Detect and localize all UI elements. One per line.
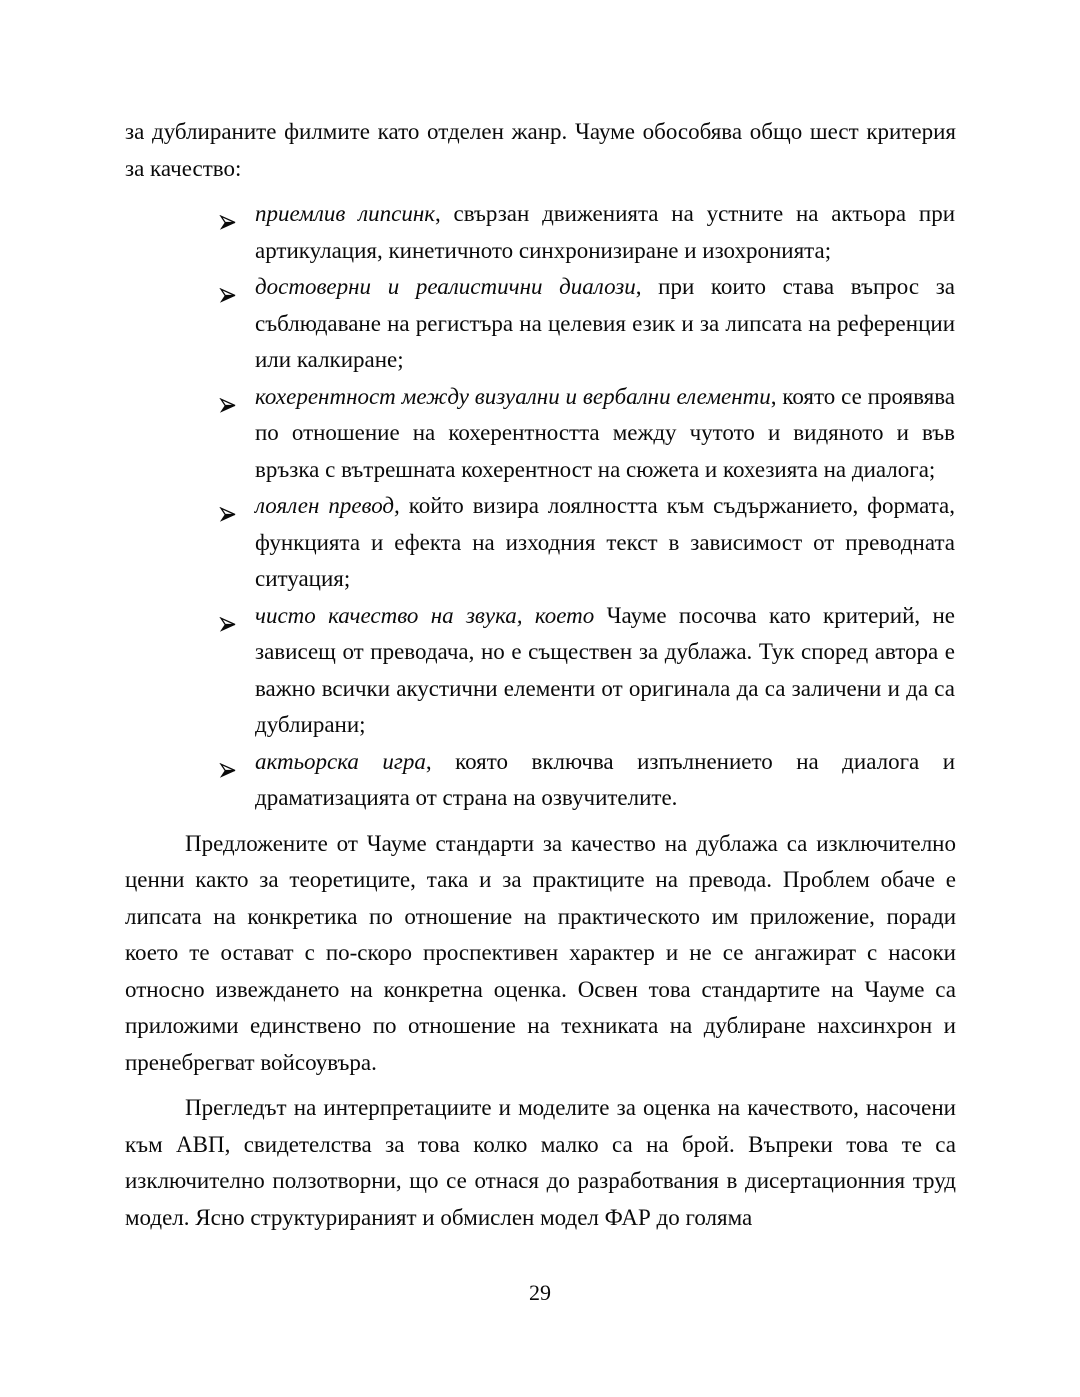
page-number: 29: [0, 1280, 1080, 1306]
criterion-term: достоверни и реалистични диалози: [255, 274, 636, 299]
list-item: приемлив липсинк, свързан движенията на …: [255, 196, 955, 269]
arrow-bullet-icon: [219, 278, 237, 293]
list-item: чисто качество на звука, което Чауме пос…: [255, 598, 955, 744]
criterion-term: актьорска игра: [255, 749, 426, 774]
arrow-bullet-icon: [219, 753, 237, 768]
quality-criteria-list: приемлив липсинк, свързан движенията на …: [125, 196, 956, 817]
arrow-bullet-icon: [219, 388, 237, 403]
arrow-bullet-icon: [219, 205, 237, 220]
paragraph-review: Прегледът на интерпретациите и моделите …: [125, 1090, 956, 1236]
criterion-term: лоялен превод,: [255, 493, 400, 518]
list-item: кохерентност между визуални и вербални е…: [255, 379, 955, 489]
list-item: актьорска игра, която включва изпълнение…: [255, 744, 955, 817]
criterion-term: приемлив липсинк: [255, 201, 435, 226]
arrow-bullet-icon: [219, 607, 237, 622]
paragraph-standards: Предложените от Чауме стандарти за качес…: [125, 826, 956, 1082]
paragraph-intro: за дублираните филмите като отделен жанр…: [125, 114, 956, 187]
criterion-term: чисто качество на звука, което: [255, 603, 594, 628]
arrow-bullet-icon: [219, 497, 237, 512]
list-item: достоверни и реалистични диалози, при ко…: [255, 269, 955, 379]
list-item: лоялен превод, който визира лоялността к…: [255, 488, 955, 598]
criterion-term: кохерентност между визуални и вербални е…: [255, 384, 771, 409]
document-page: за дублираните филмите като отделен жанр…: [0, 0, 1080, 1397]
page-body-text: за дублираните филмите като отделен жанр…: [125, 114, 956, 1236]
